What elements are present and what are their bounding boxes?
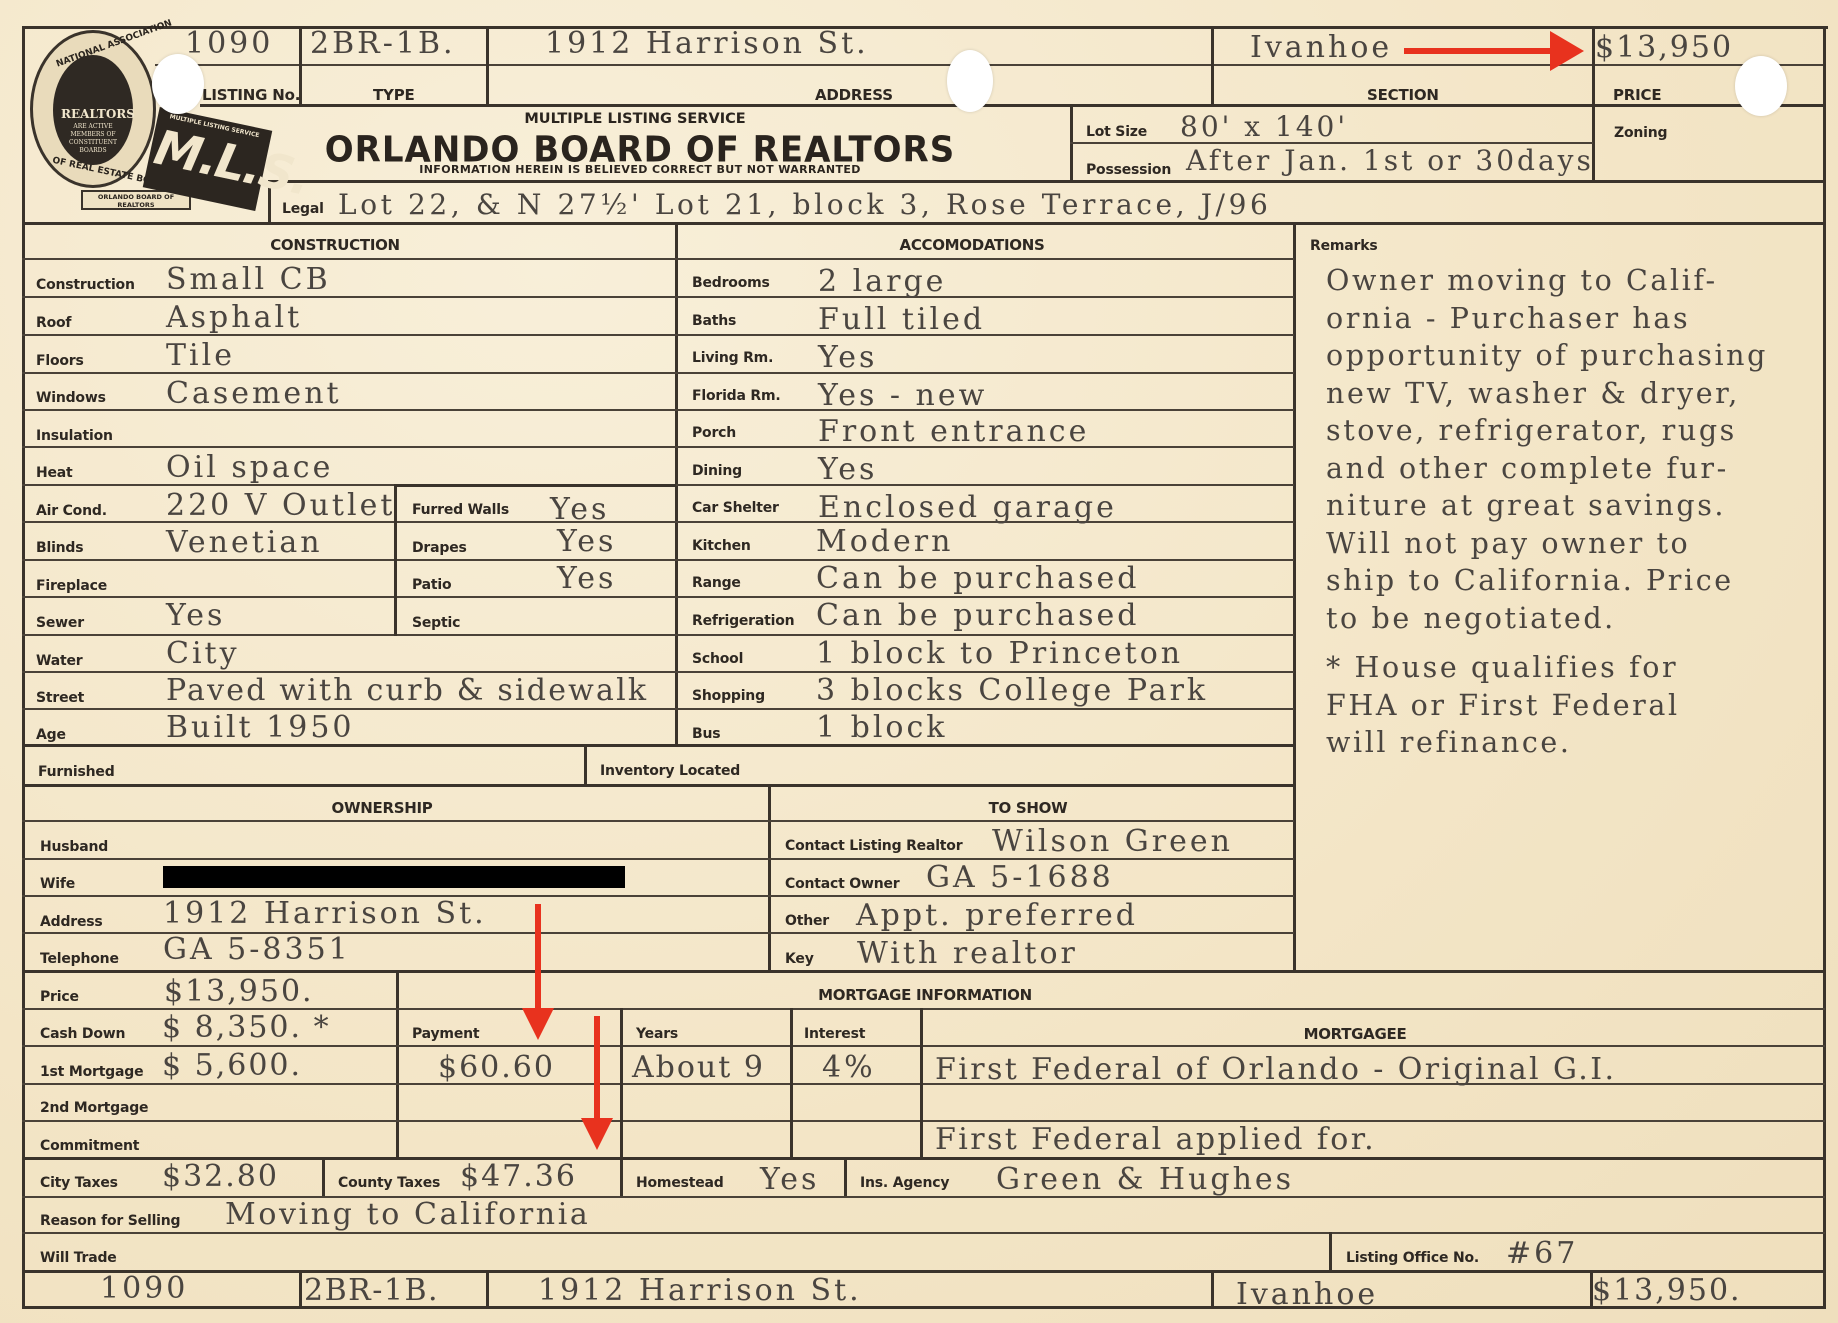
row-label: Water [36,653,82,669]
frame-bottom [22,1306,1826,1309]
row-value: Yes - new [818,378,987,413]
other-label: Other [785,913,829,929]
row-label: Construction [36,277,135,293]
row-label: Shopping [692,688,765,704]
commitment-value: First Federal applied for. [935,1122,1376,1157]
seal-small-text: ARE ACTIVE MEMBERS OF CONSTITUENT BOARDS [61,123,125,155]
row-label: School [692,651,743,667]
row-value: Casement [166,376,342,411]
row-line [22,446,1294,448]
service-name: MULTIPLE LISTING SERVICE [524,111,745,127]
row-value: Yes [818,452,877,487]
divider [1211,1270,1214,1308]
second-mortgage-label: 2nd Mortgage [40,1100,148,1116]
remarks-line: niture at great savings. [1326,487,1826,525]
remarks-line: new TV, washer & dryer, [1326,375,1826,413]
arrow-head [581,1118,613,1150]
section-value: Ivanhoe [1250,30,1392,65]
remarks-line: will refinance. [1326,724,1826,762]
mortgage-info-header: MORTGAGE INFORMATION [818,986,1032,1004]
divider [790,1008,793,1158]
cash-down-label: Cash Down [40,1026,125,1042]
row-label: Windows [36,390,106,406]
divider [394,484,397,636]
ins-agency-label: Ins. Agency [860,1175,949,1191]
zoning-label: Zoning [1614,125,1667,141]
address-label: Address [40,914,103,930]
husband-label: Husband [40,839,108,855]
row-value: Can be purchased [816,598,1139,633]
seal-inner: REALTORS ARE ACTIVE MEMBERS OF CONSTITUE… [53,55,133,165]
punch-hole [1735,56,1787,116]
row-value: Enclosed garage [818,490,1117,525]
row-value: 1 block [816,710,947,745]
sub-value: Yes [557,524,616,559]
footer-price: $13,950. [1592,1273,1742,1308]
row-line [22,1232,1825,1234]
telephone-label: Telephone [40,951,119,967]
address-value: 1912 Harrison St. [545,26,869,61]
listing-office-value: #67 [1506,1236,1578,1271]
furnished-label: Furnished [38,764,115,780]
row-value: Modern [816,524,953,559]
ownership-header: OWNERSHIP [332,799,433,817]
contact-realtor-label: Contact Listing Realtor [785,838,962,854]
row-value: City [166,636,240,671]
row-value: 1 block to Princeton [816,636,1183,671]
divider [322,1157,325,1197]
row-label: Baths [692,313,736,329]
row-line [22,1045,1825,1047]
row-value: Yes [818,340,877,375]
row-label: Living Rm. [692,350,773,366]
remarks-line: Owner moving to Calif- [1326,262,1826,300]
disclaimer: INFORMATION HEREIN IS BELIEVED CORRECT B… [419,163,861,176]
construction-header: CONSTRUCTION [270,236,400,254]
divider [299,1270,302,1308]
key-value: With realtor [857,936,1078,971]
wife-label: Wife [40,876,75,892]
remarks-line: Will not pay owner to [1326,525,1826,563]
row-value: 220 V Outlet [166,488,392,523]
divider [920,1008,923,1158]
row-value: Full tiled [818,302,985,337]
remarks-line: and other complete fur- [1326,450,1826,488]
payment-label: Payment [412,1026,479,1042]
divider [1211,26,1214,106]
footer-listing-no: 1090 [100,1271,188,1306]
row-label: Dining [692,463,742,479]
row-line [22,258,1294,260]
lot-size-value: 80' x 140' [1180,110,1348,143]
divider [486,26,489,106]
row-label: Age [36,727,66,743]
years-label: Years [636,1026,678,1042]
row-value: Can be purchased [816,561,1139,596]
row-value: Front entrance [818,414,1089,449]
row-label: Street [36,690,84,706]
finance-price-value: $13,950. [164,974,314,1009]
city-taxes-label: City Taxes [40,1175,118,1191]
mortgagee-value: First Federal of Orlando - Original G.I. [935,1052,1616,1087]
row-value: Yes [166,598,225,633]
will-trade-label: Will Trade [40,1250,117,1266]
remarks-line: FHA or First Federal [1326,687,1826,725]
row-label: Bedrooms [692,275,770,291]
row-label: Sewer [36,615,84,631]
row-label: Range [692,575,741,591]
remarks-line: to be negotiated. [1326,600,1826,638]
arrow-shaft [535,904,541,1014]
divider [620,1157,623,1197]
sub-value: Yes [557,561,616,596]
city-taxes-value: $32.80 [162,1159,279,1194]
payment-value: $60.60 [438,1050,555,1085]
remarks-label: Remarks [1310,238,1377,254]
contact-owner-value: GA 5-1688 [926,860,1114,895]
interest-value: 4% [822,1050,876,1085]
address-label: ADDRESS [815,86,893,104]
row-label: Roof [36,315,71,331]
row-line [22,784,1294,787]
interest-label: Interest [804,1026,865,1042]
row-label: Car Shelter [692,500,779,516]
remarks-line: ship to California. Price [1326,562,1826,600]
remarks-line: opportunity of purchasing [1326,337,1826,375]
redacted-wife-name [163,866,625,888]
row-label: Porch [692,425,736,441]
footer-section: Ivanhoe [1236,1277,1378,1312]
legal-value: Lot 22, & N 27½' Lot 21, block 3, Rose T… [338,188,1271,221]
legal-bottom [22,222,1825,225]
sub-label: Drapes [412,540,467,556]
remarks-line: stove, refrigerator, rugs [1326,412,1826,450]
row-label: Florida Rm. [692,388,781,404]
price-value: $13,950 [1595,30,1733,65]
row-line [394,484,676,487]
punch-hole [152,54,204,114]
top-row-bottom [200,104,1825,107]
inventory-label: Inventory Located [600,763,740,779]
price-label: PRICE [1613,86,1661,104]
other-value: Appt. preferred [856,898,1138,933]
row-label: Blinds [36,540,83,556]
row-line [22,1120,1825,1122]
lot-size-label: Lot Size [1086,124,1147,140]
first-mortgage-label: 1st Mortgage [40,1064,143,1080]
type-label: TYPE [373,86,415,104]
row-value: 3 blocks College Park [816,673,1208,708]
remarks-line: ornia - Purchaser has [1326,300,1826,338]
reason-label: Reason for Selling [40,1213,180,1229]
remarks-line: * House qualifies for [1326,649,1826,687]
punch-hole [947,50,993,112]
price-label: Price [40,989,79,1005]
row-value: Oil space [166,450,333,485]
owner-telephone-value: GA 5-8351 [163,932,351,967]
to-show-header: TO SHOW [989,799,1068,817]
row-label: Bus [692,726,720,742]
row-value: 2 large [818,264,946,299]
listing-no-value: 1090 [185,26,273,61]
row-label: Fireplace [36,578,107,594]
divider [844,1157,847,1197]
sub-value: Yes [550,492,609,527]
divider [584,744,587,786]
divider [620,1008,623,1158]
commitment-label: Commitment [40,1138,139,1154]
reason-value: Moving to California [225,1197,590,1232]
row-value: Venetian [166,525,323,560]
arrow-shaft [1404,48,1554,54]
sub-label: Furred Walls [412,502,509,518]
possession-label: Possession [1086,162,1171,178]
divider [486,1270,489,1308]
footer-address: 1912 Harrison St. [538,1273,862,1308]
footer-type: 2BR-1B. [304,1273,439,1308]
frame-left [22,26,25,1309]
first-mortgage-value: $ 5,600. [162,1048,302,1083]
ins-agency-value: Green & Hughes [996,1162,1294,1197]
divider [396,970,399,1158]
row-value: Paved with curb & sidewalk [166,673,648,708]
realtors-seal-logo: NATIONAL ASSOCIATION OF REAL ESTATE BOAR… [30,30,156,188]
sub-label: Septic [412,615,460,631]
possession-value: After Jan. 1st or 30days [1186,144,1594,177]
row-line [22,820,1294,822]
arrow-head [1550,31,1584,71]
row-line [22,1157,1825,1160]
listing-no-label: LISTING No. [202,86,300,104]
row-value: Built 1950 [166,710,355,745]
contact-realtor-value: Wilson Green [992,824,1233,859]
row-label: Floors [36,353,84,369]
homestead-value: Yes [760,1162,819,1197]
type-value: 2BR-1B. [310,26,456,61]
cash-down-value: $ 8,350. * [162,1010,331,1045]
accommodations-header: ACCOMODATIONS [900,236,1045,254]
seal-center-text: REALTORS [61,107,125,121]
row-label: Refrigeration [692,613,794,629]
key-label: Key [785,951,814,967]
contact-owner-label: Contact Owner [785,876,899,892]
row-value: Asphalt [166,300,302,335]
sub-label: Patio [412,577,451,593]
row-label: Heat [36,465,73,481]
county-taxes-value: $47.36 [460,1159,577,1194]
county-taxes-label: County Taxes [338,1175,440,1191]
row-value: Tile [166,338,235,373]
arrow-head [522,1008,554,1040]
listing-office-label: Listing Office No. [1346,1250,1479,1266]
homestead-label: Homestead [636,1175,724,1191]
row-label: Air Cond. [36,503,107,519]
header-bottom [268,180,1825,183]
row-label: Kitchen [692,538,751,554]
divider [1329,1232,1332,1272]
row-label: Insulation [36,428,113,444]
years-value: About 9 [632,1050,765,1085]
divider [768,784,771,972]
owner-address-value: 1912 Harrison St. [163,896,487,931]
row-value: Small CB [166,262,331,297]
mortgagee-header: MORTGAGEE [1304,1025,1407,1043]
frame-top [22,26,1828,29]
remarks-text: Owner moving to Calif- ornia - Purchaser… [1326,262,1826,762]
legal-label: Legal [282,201,324,217]
section-label: SECTION [1367,86,1439,104]
